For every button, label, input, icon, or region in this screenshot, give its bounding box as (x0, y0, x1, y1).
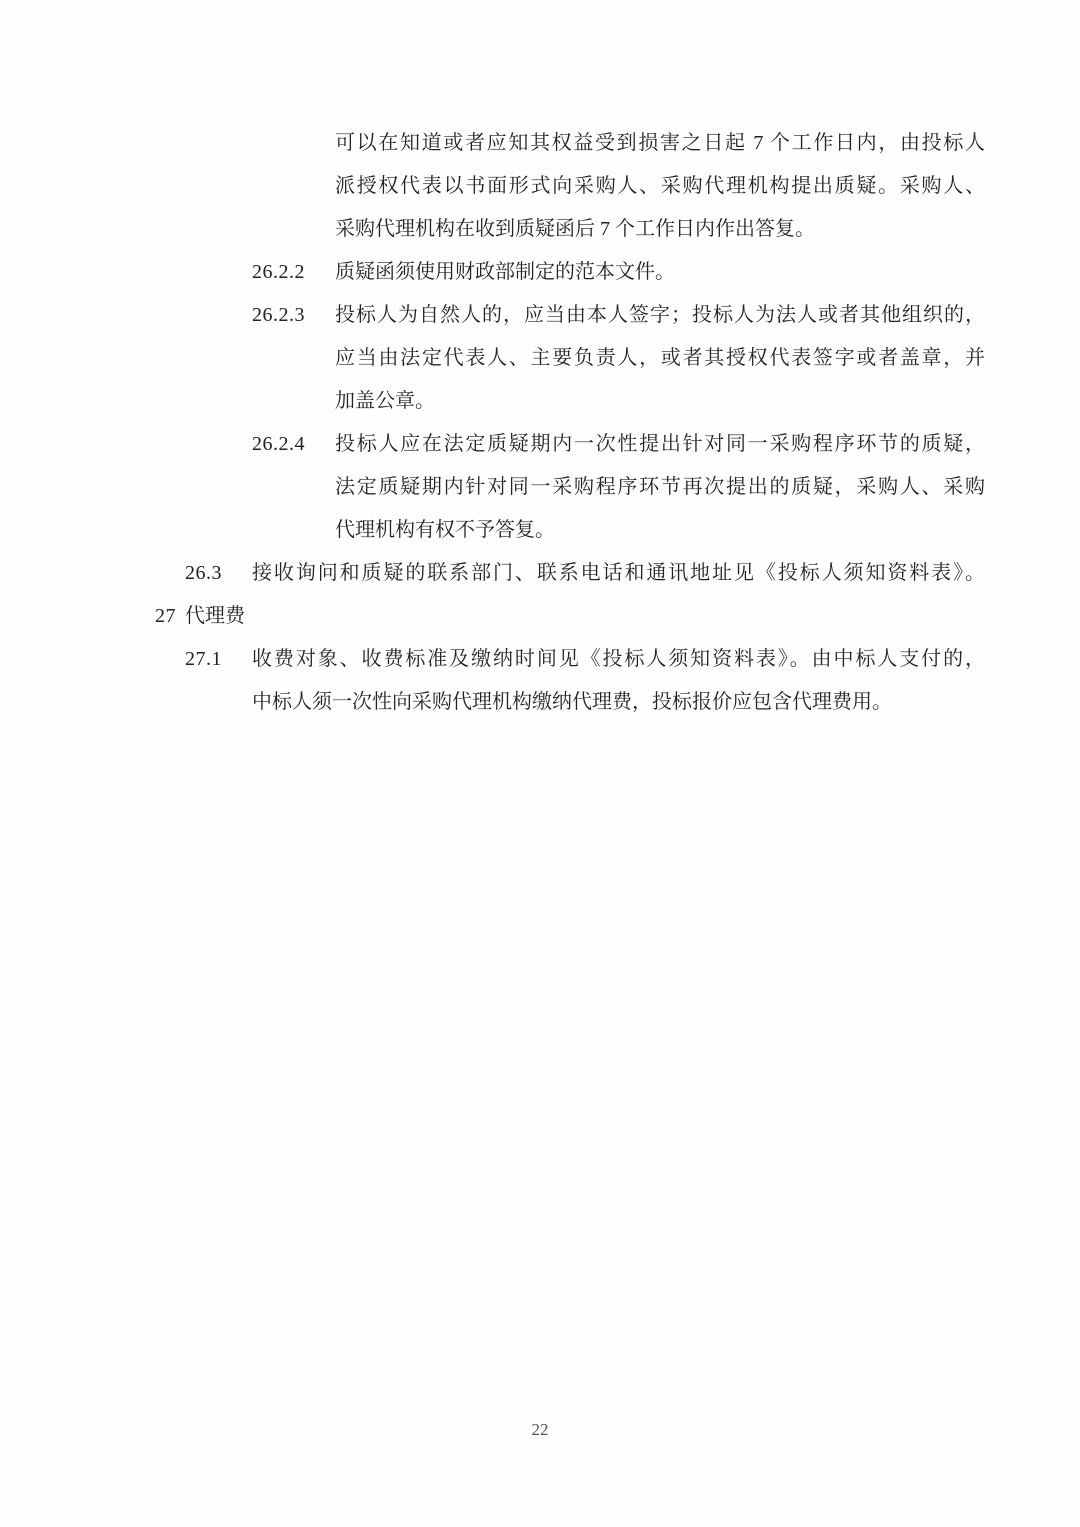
clause-number: 27.1 (185, 638, 252, 681)
clause-number: 26.2.4 (252, 423, 335, 466)
text-line: 代理费 (185, 595, 1015, 638)
clause-26-2-3: 26.2.3 投标人为自然人的，应当由本人签字；投标人为法人或者其他组织的， 应… (0, 294, 1080, 423)
text-line: 法定质疑期内针对同一采购程序环节再次提出的质疑，采购人、采购 (335, 466, 985, 509)
clause-26-2-4: 26.2.4 投标人应在法定质疑期内一次性提出针对同一采购程序环节的质疑， 法定… (0, 423, 1080, 552)
clause-number: 26.2.2 (252, 251, 335, 294)
clause-number: 26.2.3 (252, 294, 335, 337)
text-line: 加盖公章。 (335, 380, 985, 423)
section-27-heading: 27 代理费 (0, 595, 1080, 638)
page-number: 22 (0, 1418, 1080, 1442)
text-line: 派授权代表以书面形式向采购人、采购代理机构提出质疑。采购人、 (335, 165, 985, 208)
text-line: 代理机构有权不予答复。 (335, 509, 985, 552)
clause-body: 质疑函须使用财政部制定的范本文件。 (335, 251, 985, 294)
section-number: 27 (155, 595, 185, 638)
document-content: 可以在知道或者应知其权益受到损害之日起 7 个工作日内，由投标人 派授权代表以书… (0, 122, 1080, 724)
text-line: 采购代理机构在收到质疑函后 7 个工作日内作出答复。 (335, 208, 985, 251)
clause-number: 26.3 (185, 552, 252, 595)
clause-body: 投标人为自然人的，应当由本人签字；投标人为法人或者其他组织的， 应当由法定代表人… (335, 294, 985, 423)
text-line: 质疑函须使用财政部制定的范本文件。 (335, 251, 985, 294)
clause-body: 接收询问和质疑的联系部门、联系电话和通讯地址见《投标人须知资料表》。 (252, 552, 985, 595)
clause-body: 投标人应在法定质疑期内一次性提出针对同一采购程序环节的质疑， 法定质疑期内针对同… (335, 423, 985, 552)
text-line: 应当由法定代表人、主要负责人，或者其授权代表签字或者盖章，并 (335, 337, 985, 380)
clause-body: 收费对象、收费标准及缴纳时间见《投标人须知资料表》。由中标人支付的， 中标人须一… (252, 638, 985, 724)
text-line: 接收询问和质疑的联系部门、联系电话和通讯地址见《投标人须知资料表》。 (252, 552, 985, 595)
clause-26-3: 26.3 接收询问和质疑的联系部门、联系电话和通讯地址见《投标人须知资料表》。 (0, 552, 1080, 595)
text-line: 投标人应在法定质疑期内一次性提出针对同一采购程序环节的质疑， (335, 423, 985, 466)
text-line: 可以在知道或者应知其权益受到损害之日起 7 个工作日内，由投标人 (335, 122, 985, 165)
clause-26-2-2: 26.2.2 质疑函须使用财政部制定的范本文件。 (0, 251, 1080, 294)
text-line: 投标人为自然人的，应当由本人签字；投标人为法人或者其他组织的， (335, 294, 985, 337)
clause-27-1: 27.1 收费对象、收费标准及缴纳时间见《投标人须知资料表》。由中标人支付的， … (0, 638, 1080, 724)
text-line: 中标人须一次性向采购代理机构缴纳代理费，投标报价应包含代理费用。 (252, 681, 985, 724)
clause-number (252, 122, 335, 165)
text-line: 收费对象、收费标准及缴纳时间见《投标人须知资料表》。由中标人支付的， (252, 638, 985, 681)
section-title: 代理费 (185, 595, 1015, 638)
clause-body: 可以在知道或者应知其权益受到损害之日起 7 个工作日内，由投标人 派授权代表以书… (335, 122, 985, 251)
clause-26-2-1-continuation: 可以在知道或者应知其权益受到损害之日起 7 个工作日内，由投标人 派授权代表以书… (0, 122, 1080, 251)
document-page: 可以在知道或者应知其权益受到损害之日起 7 个工作日内，由投标人 派授权代表以书… (0, 0, 1080, 1527)
